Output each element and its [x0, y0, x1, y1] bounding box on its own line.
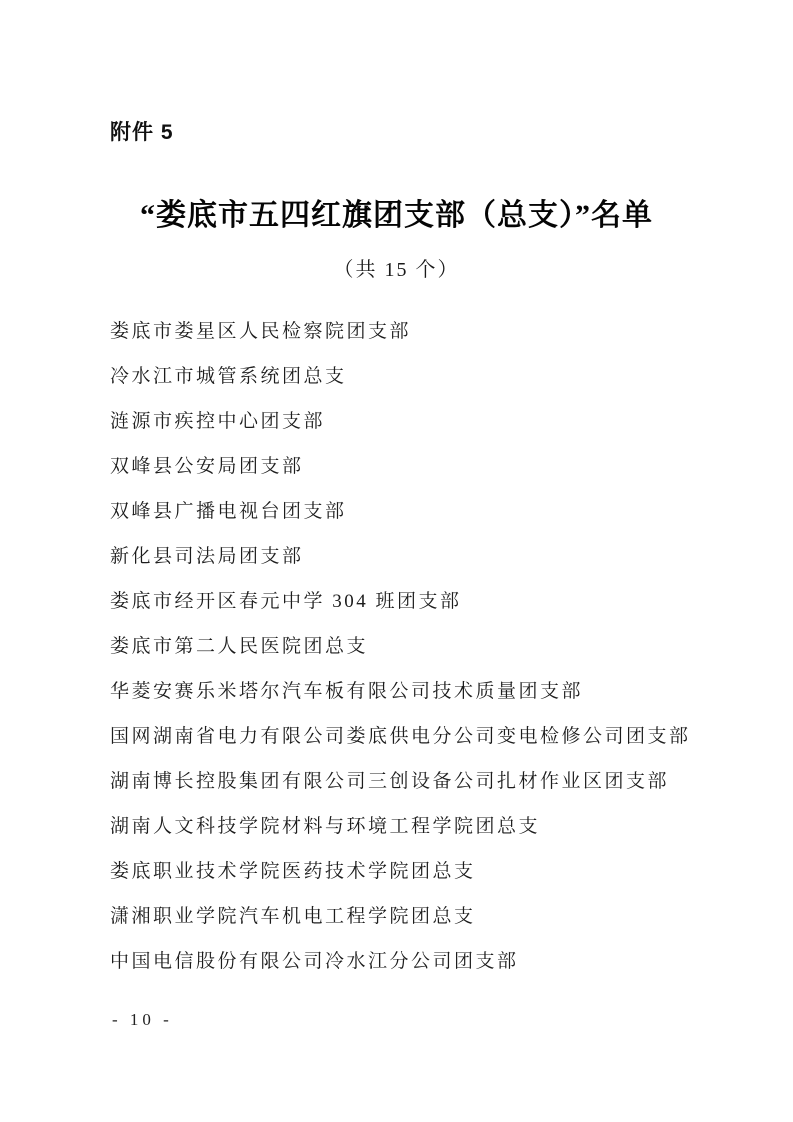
list-item: 双峰县广播电视台团支部 [110, 489, 733, 534]
list-item: 娄底市娄星区人民检察院团支部 [110, 309, 733, 354]
document-page: 附件 5 “娄底市五四红旗团支部（总支）”名单 （共 15 个） 娄底市娄星区人… [0, 0, 793, 1122]
list-item: 冷水江市城管系统团总支 [110, 354, 733, 399]
list-item: 湖南博长控股集团有限公司三创设备公司扎材作业区团支部 [110, 759, 733, 804]
list-item: 新化县司法局团支部 [110, 534, 733, 579]
list-item: 湖南人文科技学院材料与环境工程学院团总支 [110, 804, 733, 849]
list-item: 双峰县公安局团支部 [110, 444, 733, 489]
list-item: 涟源市疾控中心团支部 [110, 399, 733, 444]
page-number: - 10 - [112, 1010, 173, 1030]
list-item: 国网湖南省电力有限公司娄底供电分公司变电检修公司团支部 [110, 714, 733, 759]
list-item: 华菱安赛乐米塔尔汽车板有限公司技术质量团支部 [110, 669, 733, 714]
document-title: “娄底市五四红旗团支部（总支）”名单 [0, 190, 793, 234]
branch-list: 娄底市娄星区人民检察院团支部 冷水江市城管系统团总支 涟源市疾控中心团支部 双峰… [110, 309, 733, 984]
list-item: 娄底职业技术学院医药技术学院团总支 [110, 849, 733, 894]
attachment-label: 附件 5 [110, 116, 174, 146]
list-item: 中国电信股份有限公司冷水江分公司团支部 [110, 939, 733, 984]
list-item: 潇湘职业学院汽车机电工程学院团总支 [110, 894, 733, 939]
list-item: 娄底市第二人民医院团总支 [110, 624, 733, 669]
count-subtitle: （共 15 个） [0, 253, 793, 282]
list-item: 娄底市经开区春元中学 304 班团支部 [110, 579, 733, 624]
